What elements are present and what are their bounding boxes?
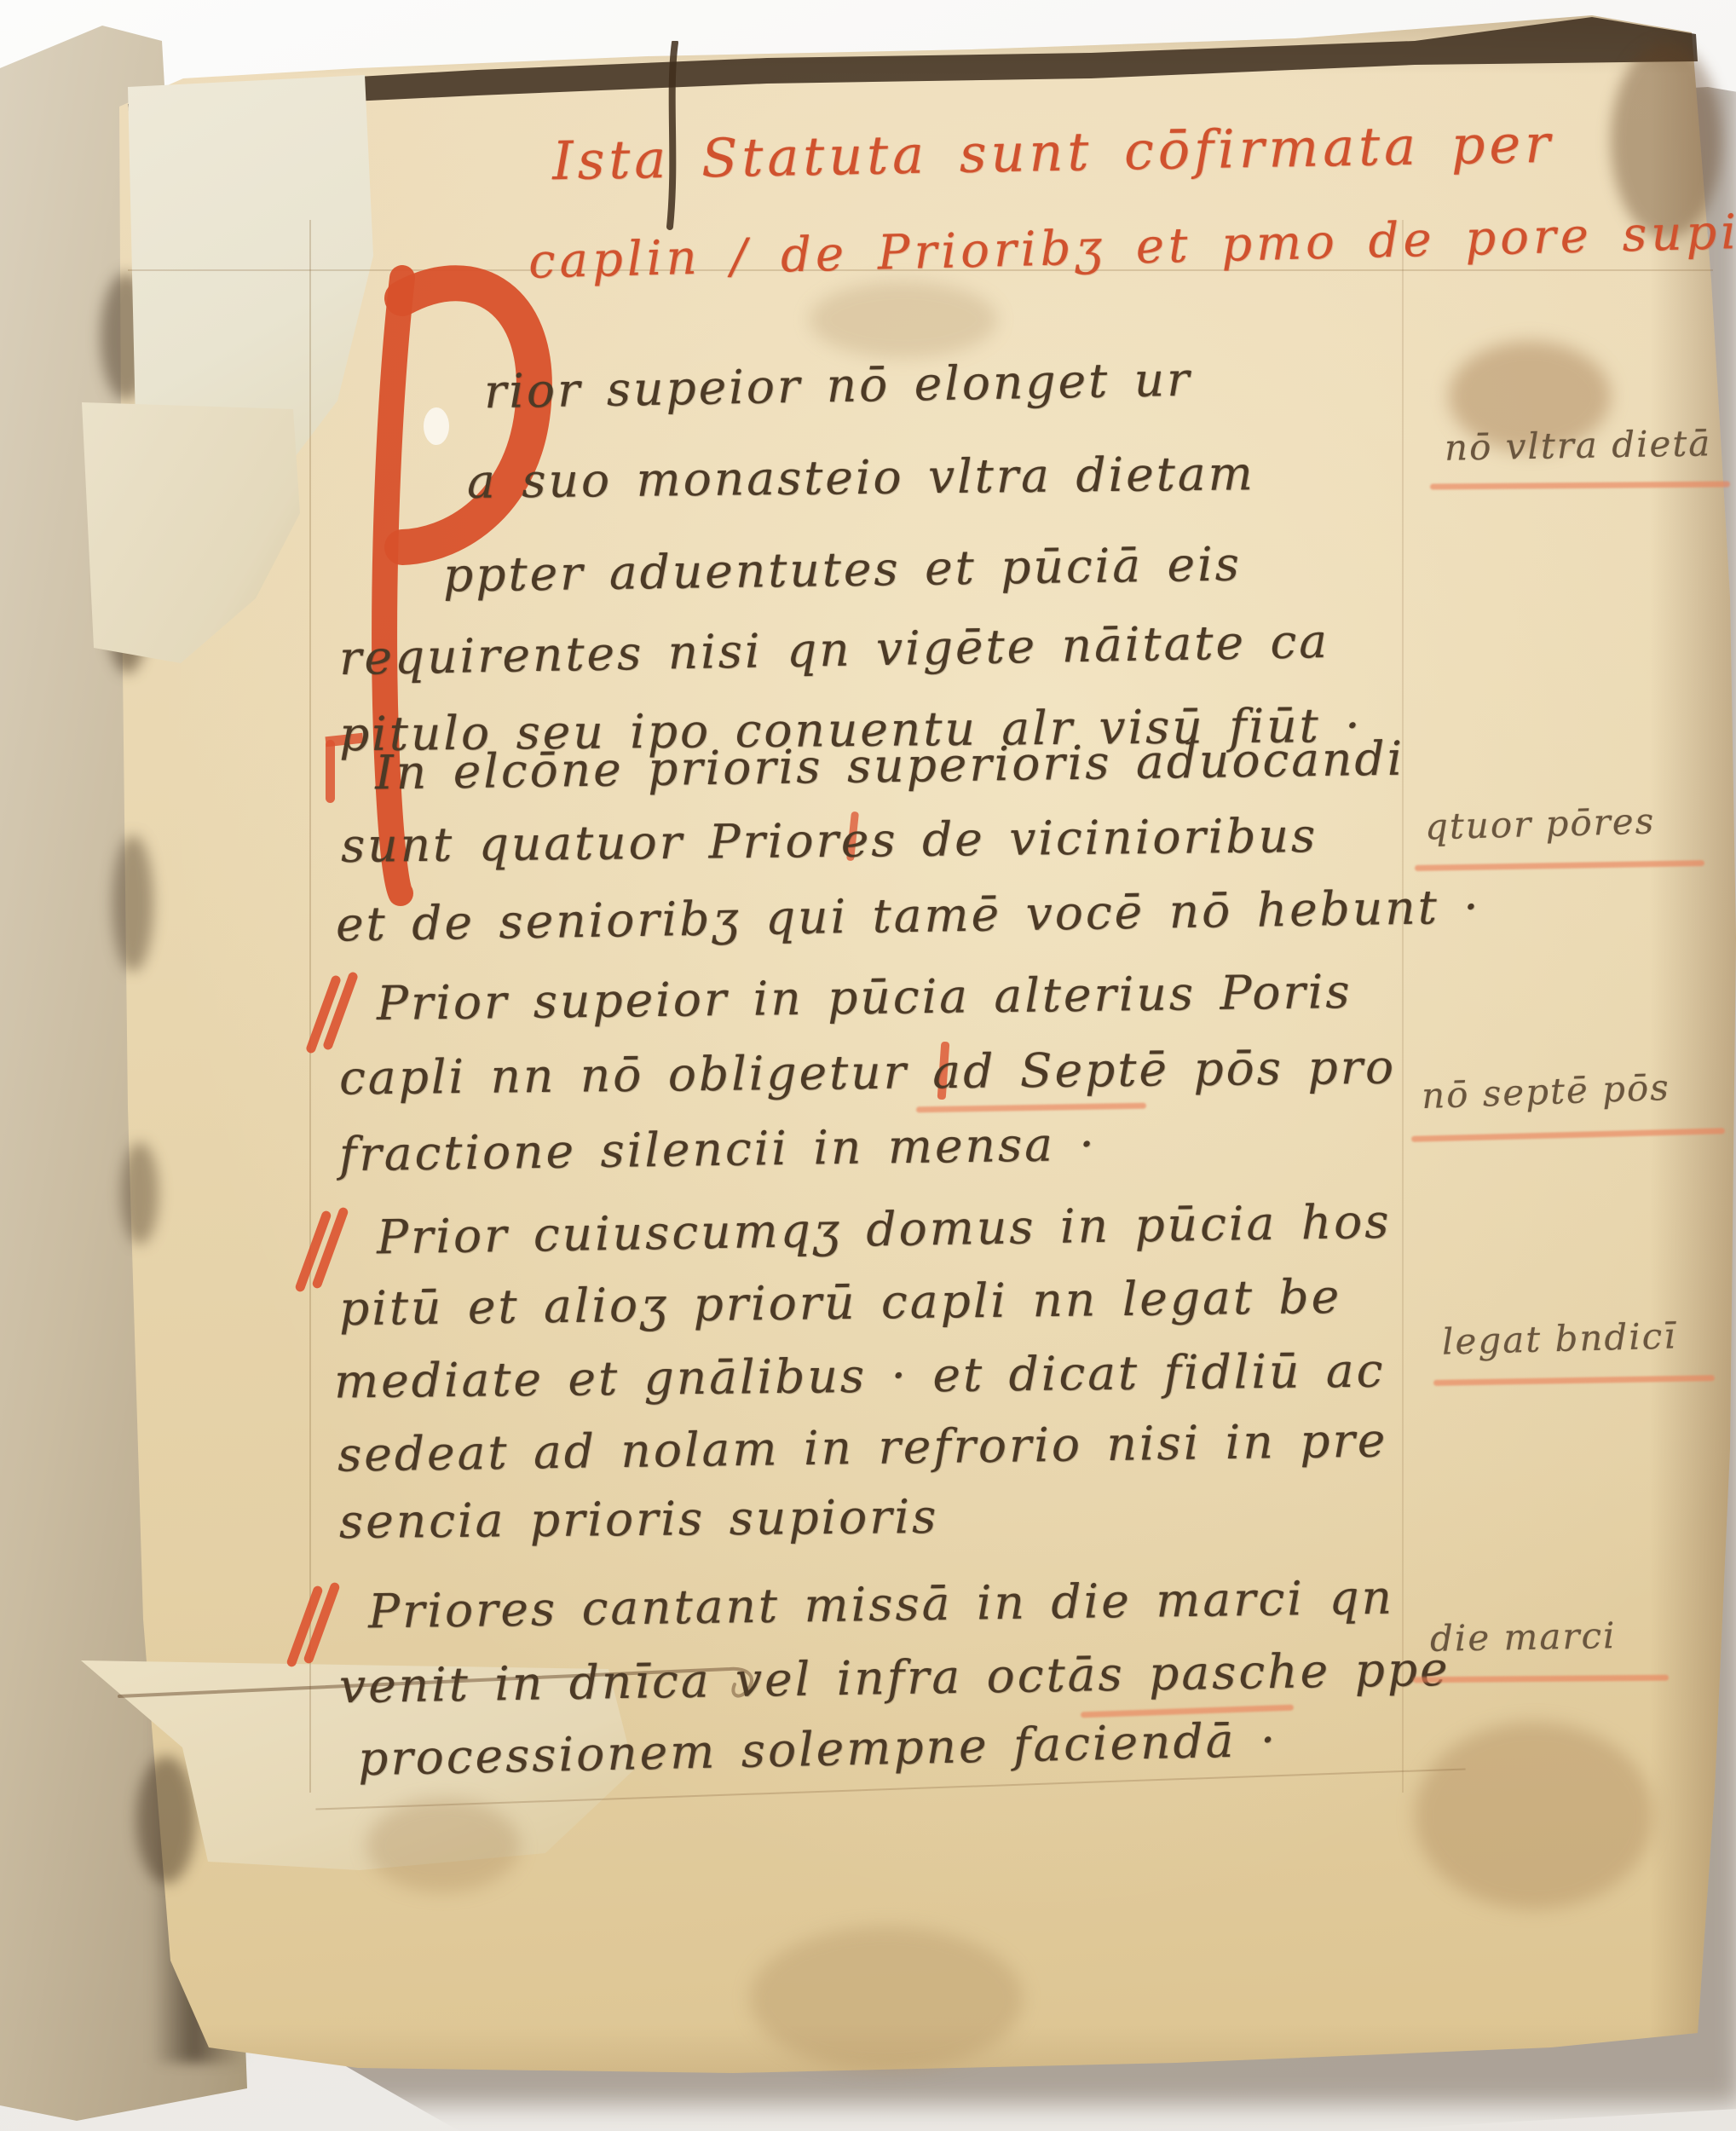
text-line: sencia prioris supioris <box>339 1489 939 1549</box>
margin-note: nō septē pōs <box>1421 1066 1670 1117</box>
parchment-stain <box>750 1926 1023 2071</box>
margin-note: die marci <box>1430 1614 1617 1660</box>
ruling-line-vertical-margin <box>1402 220 1404 1793</box>
text-line: a suo monasteio vltra dietam <box>467 446 1255 509</box>
text-line: mediate et gnālibus · et dicat fidliū ac <box>334 1343 1386 1409</box>
text-line: ppter aduentutes et pūciā eis <box>443 536 1243 602</box>
manuscript-photo: Ista Statuta sunt cōfirmata per caplin /… <box>0 0 1736 2131</box>
parchment-stain <box>366 1799 520 1892</box>
edge-blotch <box>112 835 153 972</box>
text-line: capli nn nō obligetur ad Septē pōs pro <box>339 1040 1397 1106</box>
text-line: fractione silencii in mensa · <box>339 1117 1098 1181</box>
paragraph-mark-red <box>326 740 335 803</box>
edge-blotch <box>136 1756 196 1884</box>
margin-note: nō vltra dietā <box>1445 422 1712 468</box>
parchment-stain <box>810 281 997 358</box>
edge-blotch <box>121 1142 159 1245</box>
parchment-stain <box>1415 1722 1653 1909</box>
text-line: sunt quatuor Priores de vicinioribus <box>341 808 1318 873</box>
margin-note: legat bndicī <box>1441 1314 1677 1362</box>
margin-note: qtuor pōres <box>1424 800 1655 847</box>
